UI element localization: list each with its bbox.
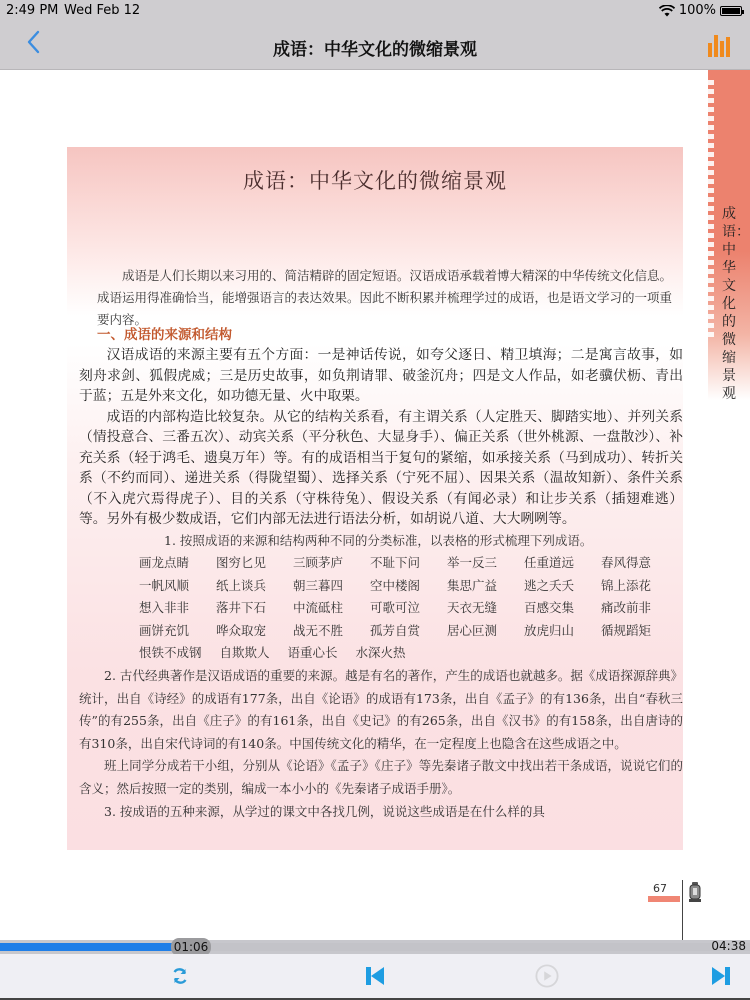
play-icon [535,963,559,989]
idiom: 放虎归山 [524,620,590,643]
idiom: 想入非非 [139,597,205,620]
idiom: 一帆风顺 [139,575,205,598]
section-origin-structure: 一、成语的来源和结构 汉语成语的来源主要有五个方面：一是神话传说，如夸父逐日、精… [67,325,683,823]
audio-progress-bar[interactable]: 01:06 04:38 [0,940,750,954]
idiom: 天衣无缝 [447,597,513,620]
wifi-icon [659,5,675,17]
idiom: 落井下石 [216,597,282,620]
idiom: 锦上添花 [601,575,667,598]
idiom: 纸上谈兵 [216,575,282,598]
idiom: 画龙点睛 [139,552,205,575]
next-button[interactable] [709,964,733,988]
page-tag-decoration [648,896,680,902]
page-number: 67 [653,882,667,895]
section-para-2: 成语的内部构造比较复杂。从它的结构关系看，有主谓关系（人定胜天、脚踏实地）、并列… [79,407,683,530]
exercise-1: 1. 按照成语的来源和结构两种不同的分类标准，以表格的形式梳理下列成语。 [79,530,683,553]
idiom: 语重心长 [288,642,338,665]
idiom: 举一反三 [447,552,513,575]
status-bar: 2:49 PM Wed Feb 12 100% [0,0,750,22]
previous-track-icon [365,966,385,986]
equalizer-bar [714,35,718,57]
idiom: 可歌可泣 [370,597,436,620]
repeat-icon [171,967,189,985]
exercise-2: 2. 古代经典著作是汉语成语的重要的来源。越是有名的著作，产生的成语也就越多。据… [79,665,683,801]
equalizer-bar [720,41,724,57]
idiom: 朝三暮四 [293,575,359,598]
section-para-1: 汉语成语的来源主要有五个方面：一是神话传说，如夸父逐日、精卫填海；二是寓言故事，… [79,345,683,407]
idiom-row-last: 恨铁不成钢 自欺欺人 语重心长 水深火热 [79,642,683,665]
idiom: 痛改前非 [601,597,667,620]
play-button[interactable] [535,964,559,988]
idiom: 百感交集 [524,597,590,620]
progress-fill [0,943,175,951]
status-right: 100% [659,3,742,18]
audio-list-button[interactable] [708,33,732,57]
idiom: 哗众取宠 [216,620,282,643]
idiom: 恨铁不成钢 [139,642,202,665]
total-time: 04:38 [711,939,746,953]
exercise-3: 3. 按成语的五种来源，从学过的课文中各找几例，说说这些成语是在什么样的具 [79,801,683,824]
chapter-side-tab: 成语：中华文化的微缩景观 [708,70,750,400]
exercise-3-text: 3. 按成语的五种来源，从学过的课文中各找几例，说说这些成语是在什么样的具 [79,801,683,824]
intro-text: 成语是人们长期以来习用的、简洁精辟的固定短语。汉语成语承载着博大精深的中华传统文… [97,265,683,331]
idiom-grid: 画龙点睛 图穷匕见 三顾茅庐 不耻下问 举一反三 任重道远 春风得意 一帆风顺 … [79,552,683,642]
battery-icon [720,6,742,16]
idiom: 水深火热 [356,642,406,665]
battery-percent: 100% [679,3,716,18]
idiom: 春风得意 [601,552,667,575]
idiom: 画饼充饥 [139,620,205,643]
idiom: 图穷匕见 [216,552,282,575]
side-tab-title: 成语：中华文化的微缩景观 [722,205,742,403]
idiom: 集思广益 [447,575,513,598]
player-controls [0,954,750,1000]
exercise-2-text: 2. 古代经典著作是汉语成语的重要的来源。越是有名的著作，产生的成语也就越多。据… [79,665,683,755]
lantern-icon [688,882,702,902]
idiom: 中流砥柱 [293,597,359,620]
idiom: 空中楼阁 [370,575,436,598]
idiom: 三顾茅庐 [293,552,359,575]
book-page: 成语：中华文化的微缩景观 成语：中华文化的微缩景观 成语是人们长期以来习用的、简… [0,70,750,940]
section-heading: 一、成语的来源和结构 [97,325,683,345]
audio-position-marker [682,880,683,940]
status-date: Wed Feb 12 [64,3,140,18]
nav-title: 成语：中华文化的微缩景观 [0,35,750,60]
equalizer-bar [708,43,712,57]
content-box: 成语：中华文化的微缩景观 成语是人们长期以来习用的、简洁精辟的固定短语。汉语成语… [67,147,683,850]
idiom: 不耻下问 [370,552,436,575]
idiom: 自欺欺人 [220,642,270,665]
idiom: 逃之夭夭 [524,575,590,598]
progress-track [175,943,750,951]
nav-bar: 成语：中华文化的微缩景观 [0,22,750,70]
exercise-2-task: 班上同学分成若干小组，分别从《论语》《孟子》《庄子》等先秦诸子散文中找出若干条成… [79,755,683,800]
page-title: 成语：中华文化的微缩景观 [67,165,683,195]
status-time: 2:49 PM [6,3,58,18]
repeat-button[interactable] [168,964,192,988]
idiom: 孤芳自赏 [370,620,436,643]
idiom: 任重道远 [524,552,590,575]
idiom: 居心叵测 [447,620,513,643]
exercises: 1. 按照成语的来源和结构两种不同的分类标准，以表格的形式梳理下列成语。 画龙点… [79,530,683,824]
previous-button[interactable] [363,964,387,988]
section-body: 汉语成语的来源主要有五个方面：一是神话传说，如夸父逐日、精卫填海；二是寓言故事，… [79,345,683,823]
idiom: 战无不胜 [293,620,359,643]
intro-paragraph: 成语是人们长期以来习用的、简洁精辟的固定短语。汉语成语承载着博大精深的中华传统文… [97,265,683,331]
torn-edge-decoration [708,80,714,340]
next-track-icon [711,966,731,986]
equalizer-bar [726,37,730,57]
idiom: 循规蹈矩 [601,620,667,643]
